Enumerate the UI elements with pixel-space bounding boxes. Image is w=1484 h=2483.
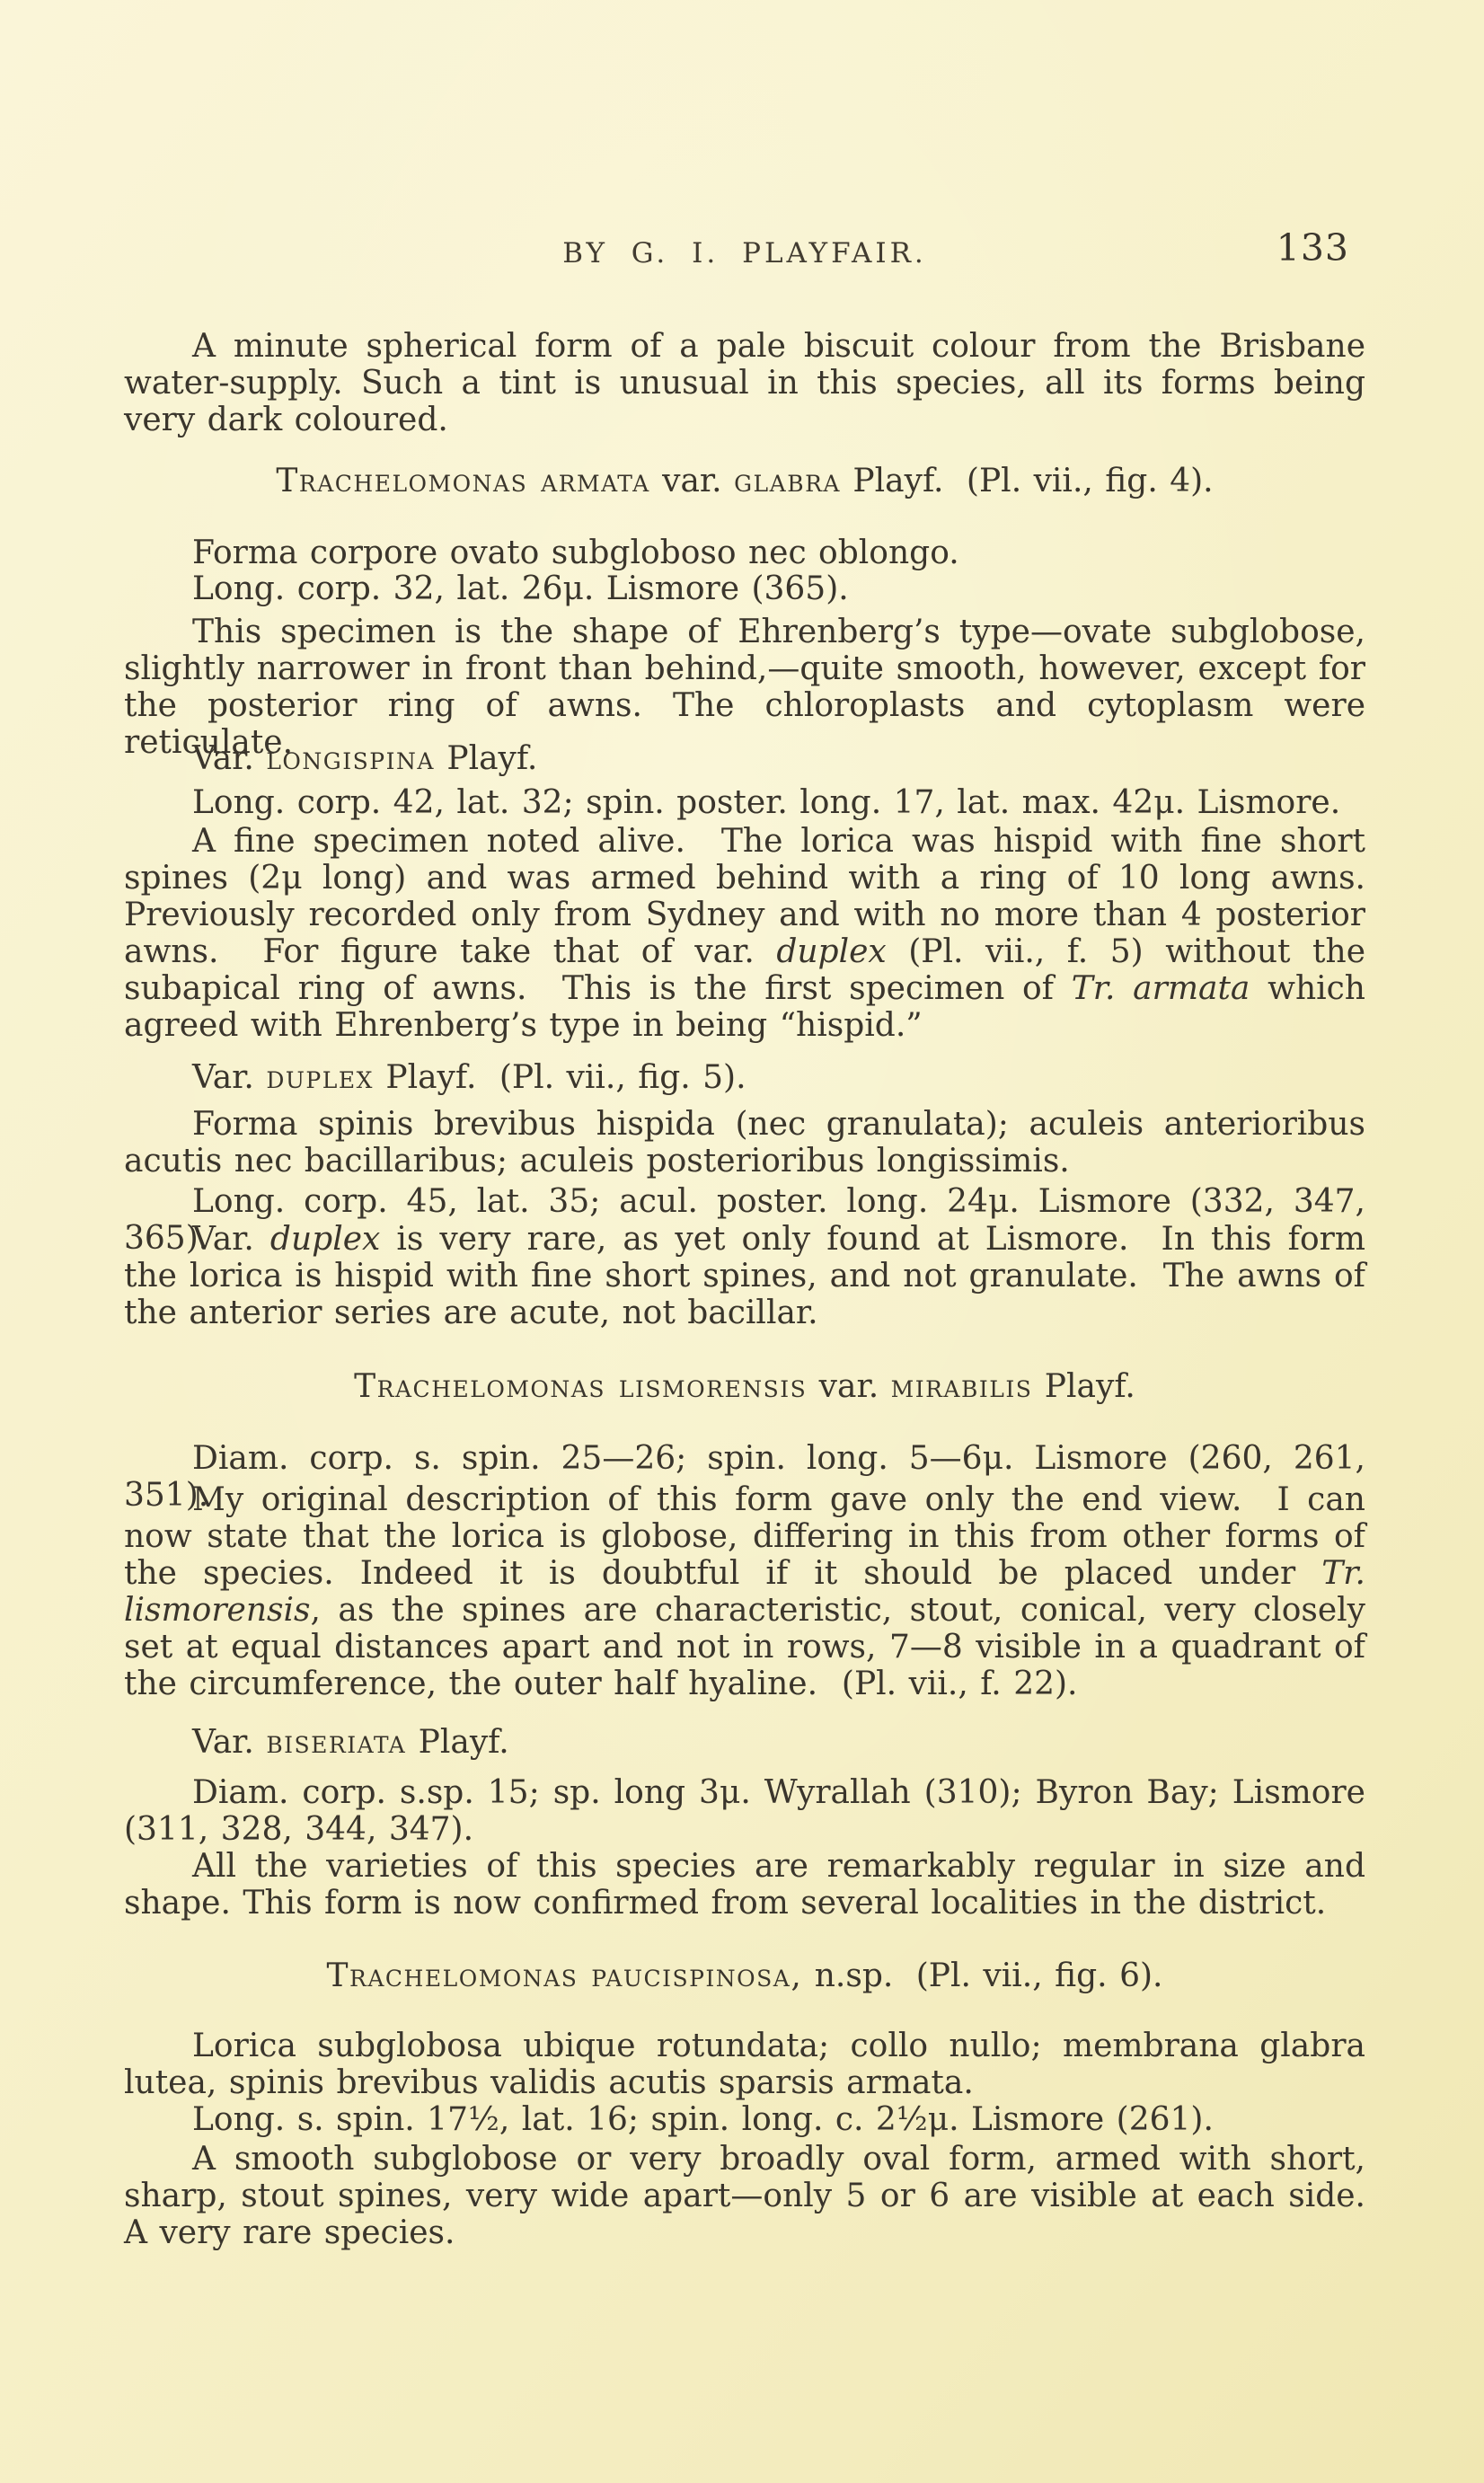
genus-species-smallcaps: Trachelomonas lismorensis [354,1368,807,1405]
variety-smallcaps: duplex [266,1059,374,1096]
running-head: BY G. I. PLAYFAIR. [124,237,1365,270]
plate-ref: (Pl. vii., fig. 4). [967,463,1214,499]
plate-ref: (Pl. vii., fig. 5). [499,1059,746,1096]
description-run: My original description of this form gav… [124,1481,1377,1592]
var-label: Var. [192,1724,254,1761]
var-label: var. [819,1368,879,1405]
genus-species-smallcaps: Trachelomonas paucispinosa, [327,1957,803,1994]
dimensions-paragraph-paucispinosa: Long. s. spin. 17½, lat. 16; spin. long.… [124,2101,1365,2138]
author: Playf. [419,1724,509,1761]
description-run: , as the spines are characteristic, stou… [124,1592,1377,1702]
description-paragraph-longispina: A fine specimen noted alive. The lorica … [124,823,1365,1044]
dimensions-paragraph-longispina: Long. corp. 42, lat. 32; spin. poster. l… [124,784,1365,821]
variety-smallcaps: mirabilis [891,1368,1033,1405]
running-head-text: BY G. I. PLAYFAIR. [562,237,927,270]
variety-smallcaps: longispina [266,740,435,777]
variety-heading-longispina: Var. longispina Playf. [124,740,1365,777]
forma-paragraph-duplex: Forma spinis brevibus hispida (nec granu… [124,1106,1365,1180]
author: Playf. [1045,1368,1135,1405]
dimensions-paragraph-armata: Long. corp. 32, lat. 26μ. Lismore (365). [124,570,1365,607]
forma-paragraph-armata: Forma corpore ovato subgloboso nec oblon… [124,535,1365,571]
var-label: Var. [192,740,254,777]
species-heading-paucispinosa: Trachelomonas paucispinosa, n.sp. (Pl. v… [124,1957,1365,1994]
description-paragraph-mirabilis: My original description of this form gav… [124,1481,1365,1702]
italic-taxon: Tr. armata [1072,970,1250,1007]
dimensions-paragraph-biseriata: Diam. corp. s.sp. 15; sp. long 3μ. Wyral… [124,1774,1365,1848]
var-label: Var. [192,1059,254,1096]
nsp-label: n.sp. [815,1957,894,1994]
italic-taxon: duplex [776,933,886,970]
italic-taxon: duplex [270,1221,380,1258]
species-heading-lismorensis-mirabilis: Trachelomonas lismorensis var. mirabilis… [124,1368,1365,1405]
author: Playf. [385,1059,476,1096]
var-label: var. [662,463,722,499]
scanned-book-page: BY G. I. PLAYFAIR. 133 A minute spherica… [0,0,1484,2483]
variety-smallcaps: biseriata [266,1724,406,1761]
genus-species-smallcaps: Trachelomonas armata [276,463,649,499]
species-heading-armata-glabra: Trachelomonas armata var. glabra Playf. … [124,463,1365,499]
description-run: Var. [192,1221,270,1258]
description-paragraph-duplex: Var. duplex is very rare, as yet only fo… [124,1221,1365,1331]
author: Playf. [852,463,943,499]
variety-heading-biseriata: Var. biseriata Playf. [124,1724,1365,1761]
description-paragraph-armata: This specimen is the shape of Ehrenberg’… [124,614,1365,761]
description-paragraph-paucispinosa: A smooth subglobose or very broadly oval… [124,2141,1365,2251]
forma-paragraph-paucispinosa: Lorica subglobosa ubique rotundata; coll… [124,2028,1365,2101]
page-number: 133 [1276,226,1349,270]
text-column: BY G. I. PLAYFAIR. 133 A minute spherica… [124,0,1365,2483]
description-paragraph-biseriata: All the varieties of this species are re… [124,1848,1365,1922]
variety-heading-duplex: Var. duplex Playf. (Pl. vii., fig. 5). [124,1059,1365,1096]
variety-smallcaps: glabra [734,463,841,499]
plate-ref: (Pl. vii., fig. 6). [916,1957,1163,1994]
author: Playf. [446,740,537,777]
intro-paragraph: A minute spherical form of a pale biscui… [124,328,1365,438]
